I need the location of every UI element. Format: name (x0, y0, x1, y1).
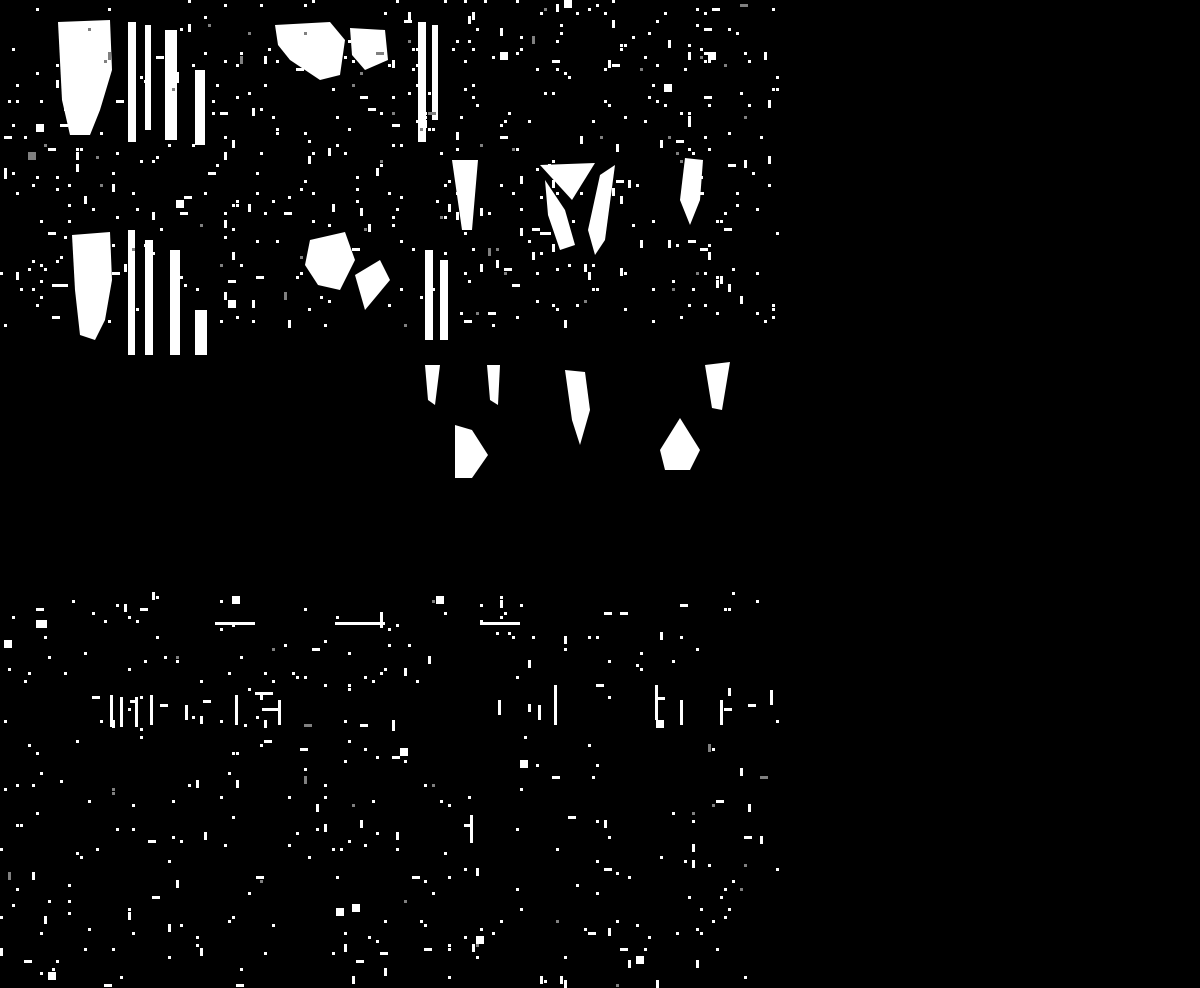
speckle-noise (0, 0, 779, 988)
blob-shapes (58, 20, 730, 478)
blank-black-region (780, 0, 1200, 988)
illegible-text-fragments (110, 612, 773, 843)
noise-pattern (0, 0, 780, 988)
noise-graphic (0, 0, 780, 988)
thresholded-image-region (0, 0, 780, 988)
